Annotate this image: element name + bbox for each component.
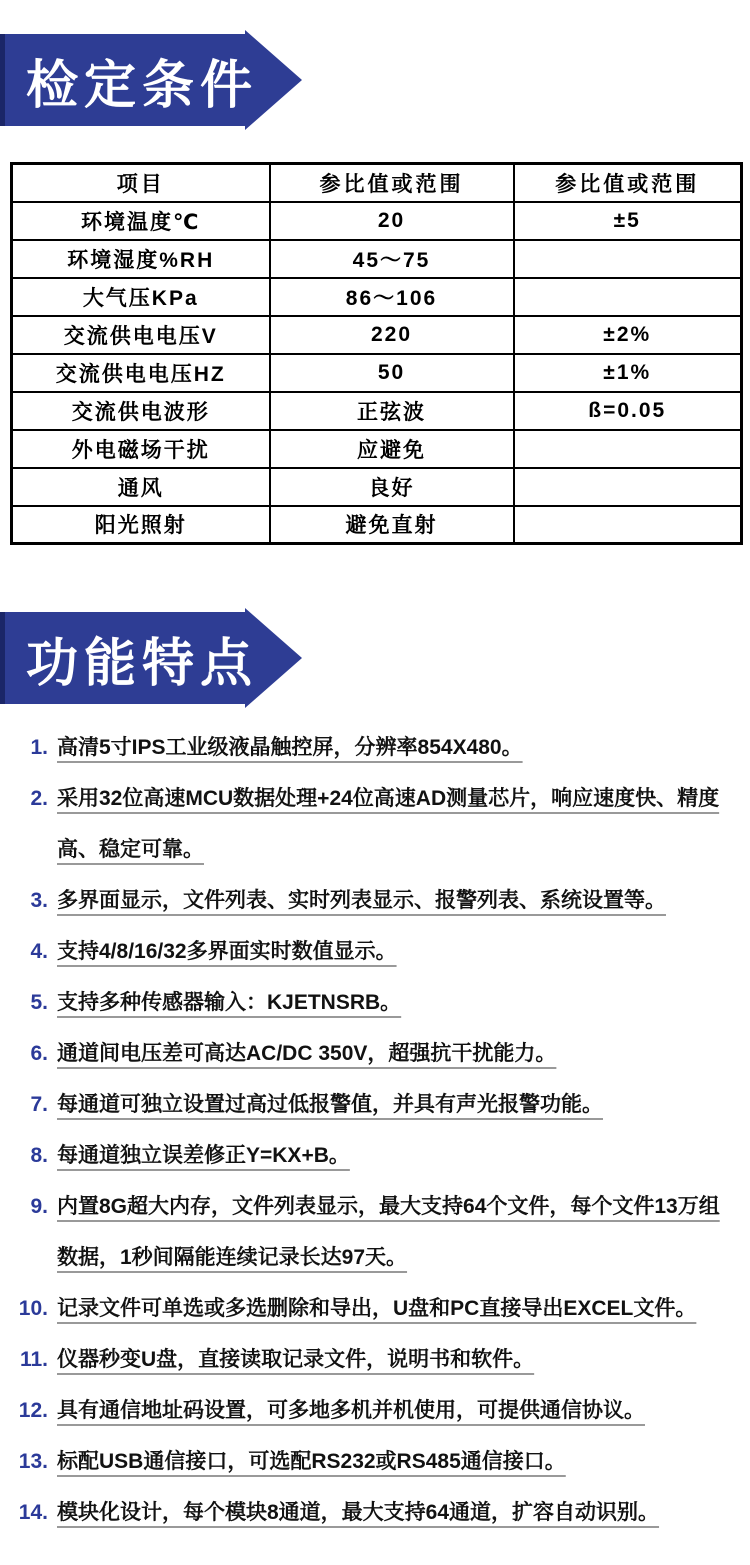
feature-text: 支持多种传感器输入：KJETNSRB。 <box>57 977 738 1028</box>
table-header-row: 项目 参比值或范围 参比值或范围 <box>12 164 742 202</box>
feature-item: 7. 每通道可独立设置过高过低报警值，并具有声光报警功能。 <box>14 1079 738 1130</box>
feature-item: 11. 仪器秒变U盘，直接读取记录文件，说明书和软件。 <box>14 1334 738 1385</box>
feature-number: 5. <box>14 977 48 1028</box>
cell-tolerance: ±2% <box>514 316 742 354</box>
feature-item: 4. 支持4/8/16/32多界面实时数值显示。 <box>14 926 738 977</box>
feature-number: 2. <box>14 773 48 824</box>
column-header-ref-value-2: 参比值或范围 <box>514 164 742 202</box>
table-row: 交流供电波形 正弦波 ß=0.05 <box>12 392 742 430</box>
feature-number: 13. <box>14 1436 48 1487</box>
cell-item: 大气压KPa <box>12 278 270 316</box>
table-row: 外电磁场干扰 应避免 <box>12 430 742 468</box>
feature-number: 14. <box>14 1487 48 1538</box>
banner-function-features: 功能特点 <box>0 608 302 708</box>
cell-tolerance <box>514 430 742 468</box>
feature-item: 5. 支持多种传感器输入：KJETNSRB。 <box>14 977 738 1028</box>
cell-tolerance <box>514 278 742 316</box>
cell-value: 50 <box>270 354 514 392</box>
feature-item: 10. 记录文件可单选或多选删除和导出，U盘和PC直接导出EXCEL文件。 <box>14 1283 738 1334</box>
cell-value: 86～106 <box>270 278 514 316</box>
cell-tolerance <box>514 468 742 506</box>
cell-tolerance <box>514 506 742 544</box>
table-row: 大气压KPa 86～106 <box>12 278 742 316</box>
feature-text: 每通道独立误差修正Y=KX+B。 <box>57 1130 738 1181</box>
feature-list: 1. 高清5寸IPS工业级液晶触控屏，分辨率854X480。 2. 采用32位高… <box>14 722 738 1538</box>
banner-verification-conditions: 检定条件 <box>0 30 302 130</box>
cell-tolerance: ±1% <box>514 354 742 392</box>
cell-item: 环境湿度%RH <box>12 240 270 278</box>
feature-text: 记录文件可单选或多选删除和导出，U盘和PC直接导出EXCEL文件。 <box>57 1283 738 1334</box>
feature-number: 6. <box>14 1028 48 1079</box>
table-row: 交流供电电压V 220 ±2% <box>12 316 742 354</box>
feature-number: 8. <box>14 1130 48 1181</box>
cell-value: 良好 <box>270 468 514 506</box>
table-row: 环境湿度%RH 45～75 <box>12 240 742 278</box>
cell-item: 通风 <box>12 468 270 506</box>
feature-item: 13. 标配USB通信接口，可选配RS232或RS485通信接口。 <box>14 1436 738 1487</box>
cell-item: 交流供电电压HZ <box>12 354 270 392</box>
feature-number: 7. <box>14 1079 48 1130</box>
feature-text: 每通道可独立设置过高过低报警值，并具有声光报警功能。 <box>57 1079 738 1130</box>
cell-item: 阳光照射 <box>12 506 270 544</box>
feature-text: 标配USB通信接口，可选配RS232或RS485通信接口。 <box>57 1436 738 1487</box>
feature-number: 4. <box>14 926 48 977</box>
cell-tolerance: ±5 <box>514 202 742 240</box>
verification-conditions-table: 项目 参比值或范围 参比值或范围 环境温度℃ 20 ±5 环境湿度%RH 45～… <box>10 162 743 545</box>
feature-text: 采用32位高速MCU数据处理+24位高速AD测量芯片，响应速度快、精度高、稳定可… <box>57 773 738 875</box>
section-title-function-features: 功能特点 <box>26 612 258 704</box>
section-title-verification-conditions: 检定条件 <box>26 34 258 126</box>
feature-text: 仪器秒变U盘，直接读取记录文件，说明书和软件。 <box>57 1334 738 1385</box>
cell-item: 交流供电电压V <box>12 316 270 354</box>
feature-item: 3. 多界面显示，文件列表、实时列表显示、报警列表、系统设置等。 <box>14 875 738 926</box>
cell-tolerance <box>514 240 742 278</box>
feature-number: 10. <box>14 1283 48 1334</box>
cell-value: 避免直射 <box>270 506 514 544</box>
cell-value: 正弦波 <box>270 392 514 430</box>
cell-value: 20 <box>270 202 514 240</box>
feature-number: 1. <box>14 722 48 773</box>
feature-number: 3. <box>14 875 48 926</box>
cell-item: 环境温度℃ <box>12 202 270 240</box>
column-header-item: 项目 <box>12 164 270 202</box>
cell-value: 应避免 <box>270 430 514 468</box>
feature-text: 具有通信地址码设置，可多地多机并机使用，可提供通信协议。 <box>57 1385 738 1436</box>
product-spec-page: 检定条件 项目 参比值或范围 参比值或范围 环境温度℃ 20 ±5 环境湿度%R… <box>0 0 750 1565</box>
table-row: 环境温度℃ 20 ±5 <box>12 202 742 240</box>
cell-value: 45～75 <box>270 240 514 278</box>
feature-item: 8. 每通道独立误差修正Y=KX+B。 <box>14 1130 738 1181</box>
feature-number: 12. <box>14 1385 48 1436</box>
feature-item: 14. 模块化设计，每个模块8通道，最大支持64通道，扩容自动识别。 <box>14 1487 738 1538</box>
feature-text: 模块化设计，每个模块8通道，最大支持64通道，扩容自动识别。 <box>57 1487 738 1538</box>
feature-text: 高清5寸IPS工业级液晶触控屏，分辨率854X480。 <box>57 722 738 773</box>
feature-number: 9. <box>14 1181 48 1232</box>
table-row: 通风 良好 <box>12 468 742 506</box>
feature-text: 内置8G超大内存，文件列表显示，最大支持64个文件，每个文件13万组数据，1秒间… <box>57 1181 738 1283</box>
feature-item: 9. 内置8G超大内存，文件列表显示，最大支持64个文件，每个文件13万组数据，… <box>14 1181 738 1283</box>
table-row: 交流供电电压HZ 50 ±1% <box>12 354 742 392</box>
feature-item: 1. 高清5寸IPS工业级液晶触控屏，分辨率854X480。 <box>14 722 738 773</box>
feature-text: 通道间电压差可高达AC/DC 350V，超强抗干扰能力。 <box>57 1028 738 1079</box>
feature-item: 12. 具有通信地址码设置，可多地多机并机使用，可提供通信协议。 <box>14 1385 738 1436</box>
cell-value: 220 <box>270 316 514 354</box>
column-header-ref-value: 参比值或范围 <box>270 164 514 202</box>
feature-text: 支持4/8/16/32多界面实时数值显示。 <box>57 926 738 977</box>
cell-item: 外电磁场干扰 <box>12 430 270 468</box>
feature-item: 6. 通道间电压差可高达AC/DC 350V，超强抗干扰能力。 <box>14 1028 738 1079</box>
cell-item: 交流供电波形 <box>12 392 270 430</box>
feature-number: 11. <box>14 1334 48 1385</box>
feature-item: 2. 采用32位高速MCU数据处理+24位高速AD测量芯片，响应速度快、精度高、… <box>14 773 738 875</box>
feature-text: 多界面显示，文件列表、实时列表显示、报警列表、系统设置等。 <box>57 875 738 926</box>
cell-tolerance: ß=0.05 <box>514 392 742 430</box>
table-row: 阳光照射 避免直射 <box>12 506 742 544</box>
